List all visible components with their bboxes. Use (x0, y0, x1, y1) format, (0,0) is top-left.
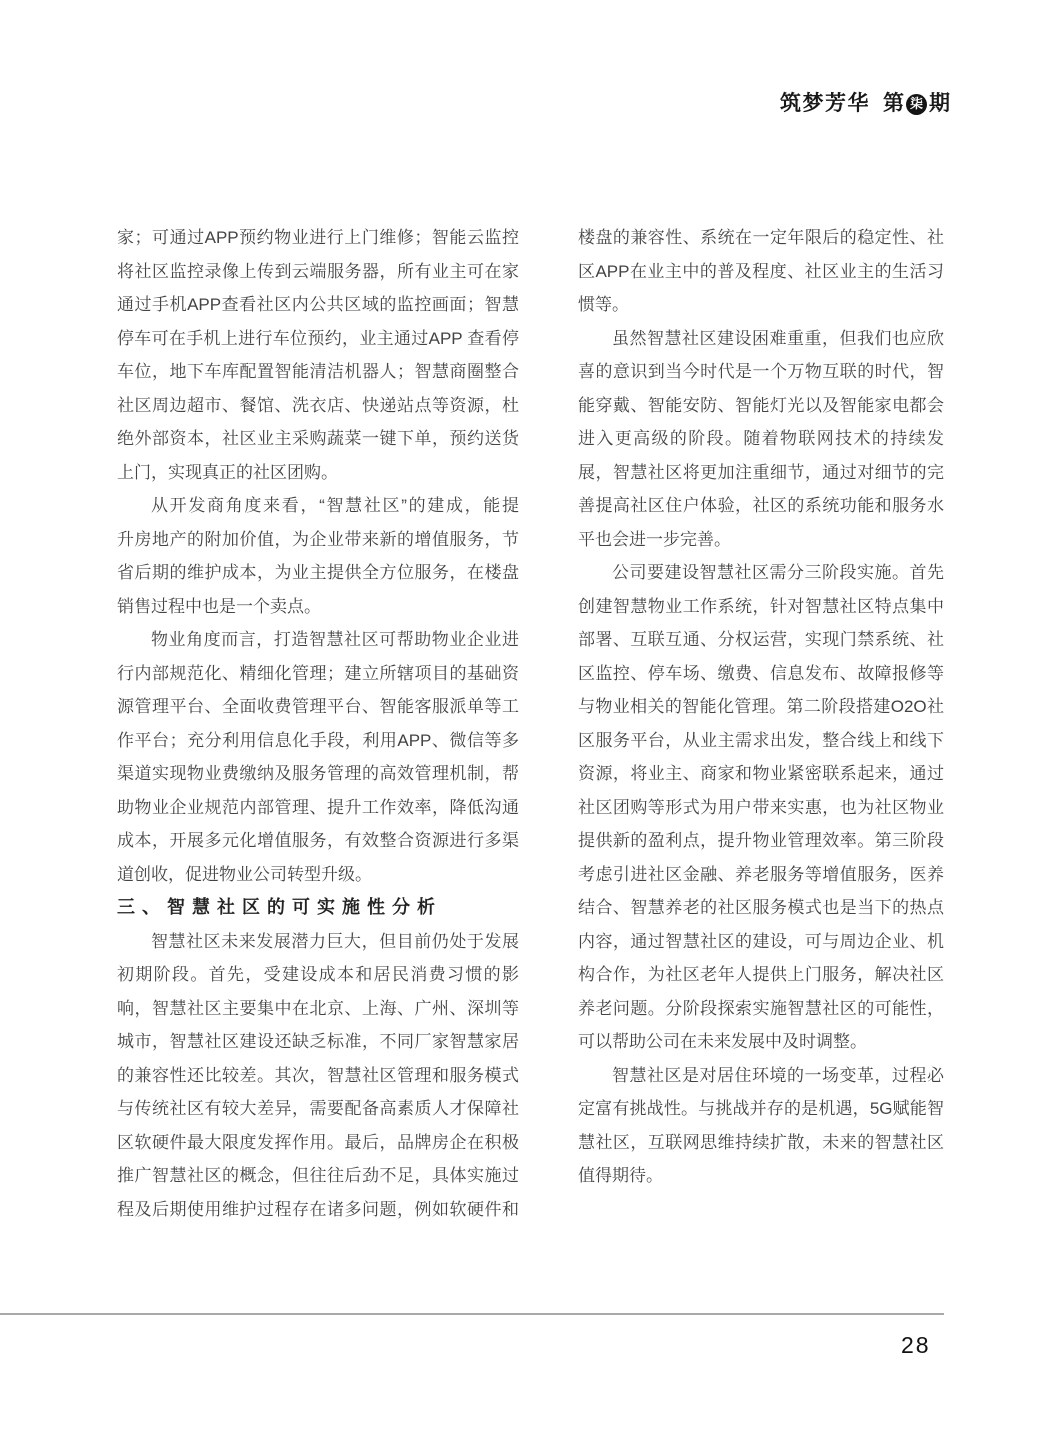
page-header: 筑梦芳华 第 柒 期 (780, 90, 950, 118)
text-line: 销售过程中也是一个卖点。 (117, 590, 519, 624)
footer-rule (0, 1313, 944, 1315)
text-line: 内容，通过智慧社区的建设，可与周边企业、机 (578, 925, 944, 959)
text-line: 绝外部资本，社区业主采购蔬菜一键下单，预约送货 (117, 422, 519, 456)
text-line: 家；可通过APP预约物业进行上门维修；智能云监控 (117, 221, 519, 255)
text-line: 城市，智慧社区建设还缺乏标准，不同厂家智慧家居 (117, 1025, 519, 1059)
text-line: 社区团购等形式为用户带来实惠，也为社区物业 (578, 791, 944, 825)
text-line: 与传统社区有较大差异，需要配备高素质人才保障社 (117, 1092, 519, 1126)
text-line: 初期阶段。首先，受建设成本和居民消费习惯的影 (117, 958, 519, 992)
text-line: 行内部规范化、精细化管理；建立所辖项目的基础资 (117, 657, 519, 691)
text-line: 省后期的维护成本，为业主提供全方位服务，在楼盘 (117, 556, 519, 590)
text-line: 惯等。 (578, 288, 944, 322)
text-line: 能穿戴、智能安防、智能灯光以及智能家电都会 (578, 389, 944, 423)
issue-label: 第 柒 期 (883, 90, 950, 118)
text-line: 升房地产的附加价值，为企业带来新的增值服务，节 (117, 523, 519, 557)
text-line: 创建智慧物业工作系统，针对智慧社区特点集中 (578, 590, 944, 624)
text-line: 公司要建设智慧社区需分三阶段实施。首先 (578, 556, 944, 590)
text-line: 物业角度而言，打造智慧社区可帮助物业企业进 (117, 623, 519, 657)
text-line: 进入更高级的阶段。随着物联网技术的持续发 (578, 422, 944, 456)
text-line: 响，智慧社区主要集中在北京、上海、广州、深圳等 (117, 992, 519, 1026)
text-line: 智慧社区未来发展潜力巨大，但目前仍处于发展 (117, 925, 519, 959)
text-line: 成本，开展多元化增值服务，有效整合资源进行多渠 (117, 824, 519, 858)
text-line: 源管理平台、全面收费管理平台、智能客服派单等工 (117, 690, 519, 724)
text-line: 区服务平台，从业主需求出发，整合线上和线下 (578, 724, 944, 758)
text-line: 虽然智慧社区建设困难重重，但我们也应欣 (578, 322, 944, 356)
magazine-title: 筑梦芳华 (780, 90, 870, 118)
text-line: 区监控、停车场、缴费、信息发布、故障报修等 (578, 657, 944, 691)
right-column: 楼盘的兼容性、系统在一定年限后的稳定性、社区APP在业主中的普及程度、社区业主的… (578, 221, 944, 1193)
text-line: 善提高社区住户体验，社区的系统功能和服务水 (578, 489, 944, 523)
text-line: 的兼容性还比较差。其次，智慧社区管理和服务模式 (117, 1059, 519, 1093)
text-line: 车位，地下车库配置智能清洁机器人；智慧商圈整合 (117, 355, 519, 389)
text-line: 结合、智慧养老的社区服务模式也是当下的热点 (578, 891, 944, 925)
text-line: 将社区监控录像上传到云端服务器，所有业主可在家 (117, 255, 519, 289)
text-line: 停车可在手机上进行车位预约，业主通过APP 查看停 (117, 322, 519, 356)
issue-number-seal-icon: 柒 (906, 94, 927, 115)
text-line: 与物业相关的智能化管理。第二阶段搭建O2O社 (578, 690, 944, 724)
text-line: 助物业企业规范内部管理、提升工作效率，降低沟通 (117, 791, 519, 825)
text-line: 可以帮助公司在未来发展中及时调整。 (578, 1025, 944, 1059)
text-line: 定富有挑战性。与挑战并存的是机遇，5G赋能智 (578, 1092, 944, 1126)
text-line: 考虑引进社区金融、养老服务等增值服务，医养 (578, 858, 944, 892)
issue-number: 柒 (910, 90, 923, 118)
text-line: 部署、互联互通、分权运营，实现门禁系统、社 (578, 623, 944, 657)
left-column: 家；可通过APP预约物业进行上门维修；智能云监控将社区监控录像上传到云端服务器，… (117, 221, 519, 1226)
text-line: 值得期待。 (578, 1159, 944, 1193)
text-line: 通过手机APP查看社区内公共区域的监控画面；智慧 (117, 288, 519, 322)
section-heading: 三、智慧社区的可实施性分析 (117, 891, 519, 925)
text-line: 提供新的盈利点，提升物业管理效率。第三阶段 (578, 824, 944, 858)
text-line: 渠道实现物业费缴纳及服务管理的高效管理机制，帮 (117, 757, 519, 791)
text-line: 道创收，促进物业公司转型升级。 (117, 858, 519, 892)
text-line: 社区周边超市、餐馆、洗衣店、快递站点等资源，杜 (117, 389, 519, 423)
text-line: 作平台；充分利用信息化手段，利用APP、微信等多 (117, 724, 519, 758)
text-line: 从开发商角度来看，“智慧社区”的建成，能提 (117, 489, 519, 523)
text-line: 区APP在业主中的普及程度、社区业主的生活习 (578, 255, 944, 289)
text-line: 慧社区，互联网思维持续扩散，未来的智慧社区 (578, 1126, 944, 1160)
text-line: 楼盘的兼容性、系统在一定年限后的稳定性、社 (578, 221, 944, 255)
text-line: 喜的意识到当今时代是一个万物互联的时代，智 (578, 355, 944, 389)
text-line: 平也会进一步完善。 (578, 523, 944, 557)
text-line: 上门，实现真正的社区团购。 (117, 456, 519, 490)
text-line: 资源，将业主、商家和物业紧密联系起来，通过 (578, 757, 944, 791)
text-line: 智慧社区是对居住环境的一场变革，过程必 (578, 1059, 944, 1093)
page-number: 28 (901, 1332, 931, 1359)
text-line: 构合作，为社区老年人提供上门服务，解决社区 (578, 958, 944, 992)
issue-suffix: 期 (929, 90, 950, 118)
text-line: 区软硬件最大限度发挥作用。最后，品牌房企在积极 (117, 1126, 519, 1160)
text-line: 推广智慧社区的概念，但往往后劲不足，具体实施过 (117, 1159, 519, 1193)
text-line: 养老问题。分阶段探索实施智慧社区的可能性， (578, 992, 944, 1026)
text-line: 程及后期使用维护过程存在诸多问题，例如软硬件和 (117, 1193, 519, 1227)
issue-prefix: 第 (883, 90, 904, 118)
text-line: 展，智慧社区将更加注重细节，通过对细节的完 (578, 456, 944, 490)
